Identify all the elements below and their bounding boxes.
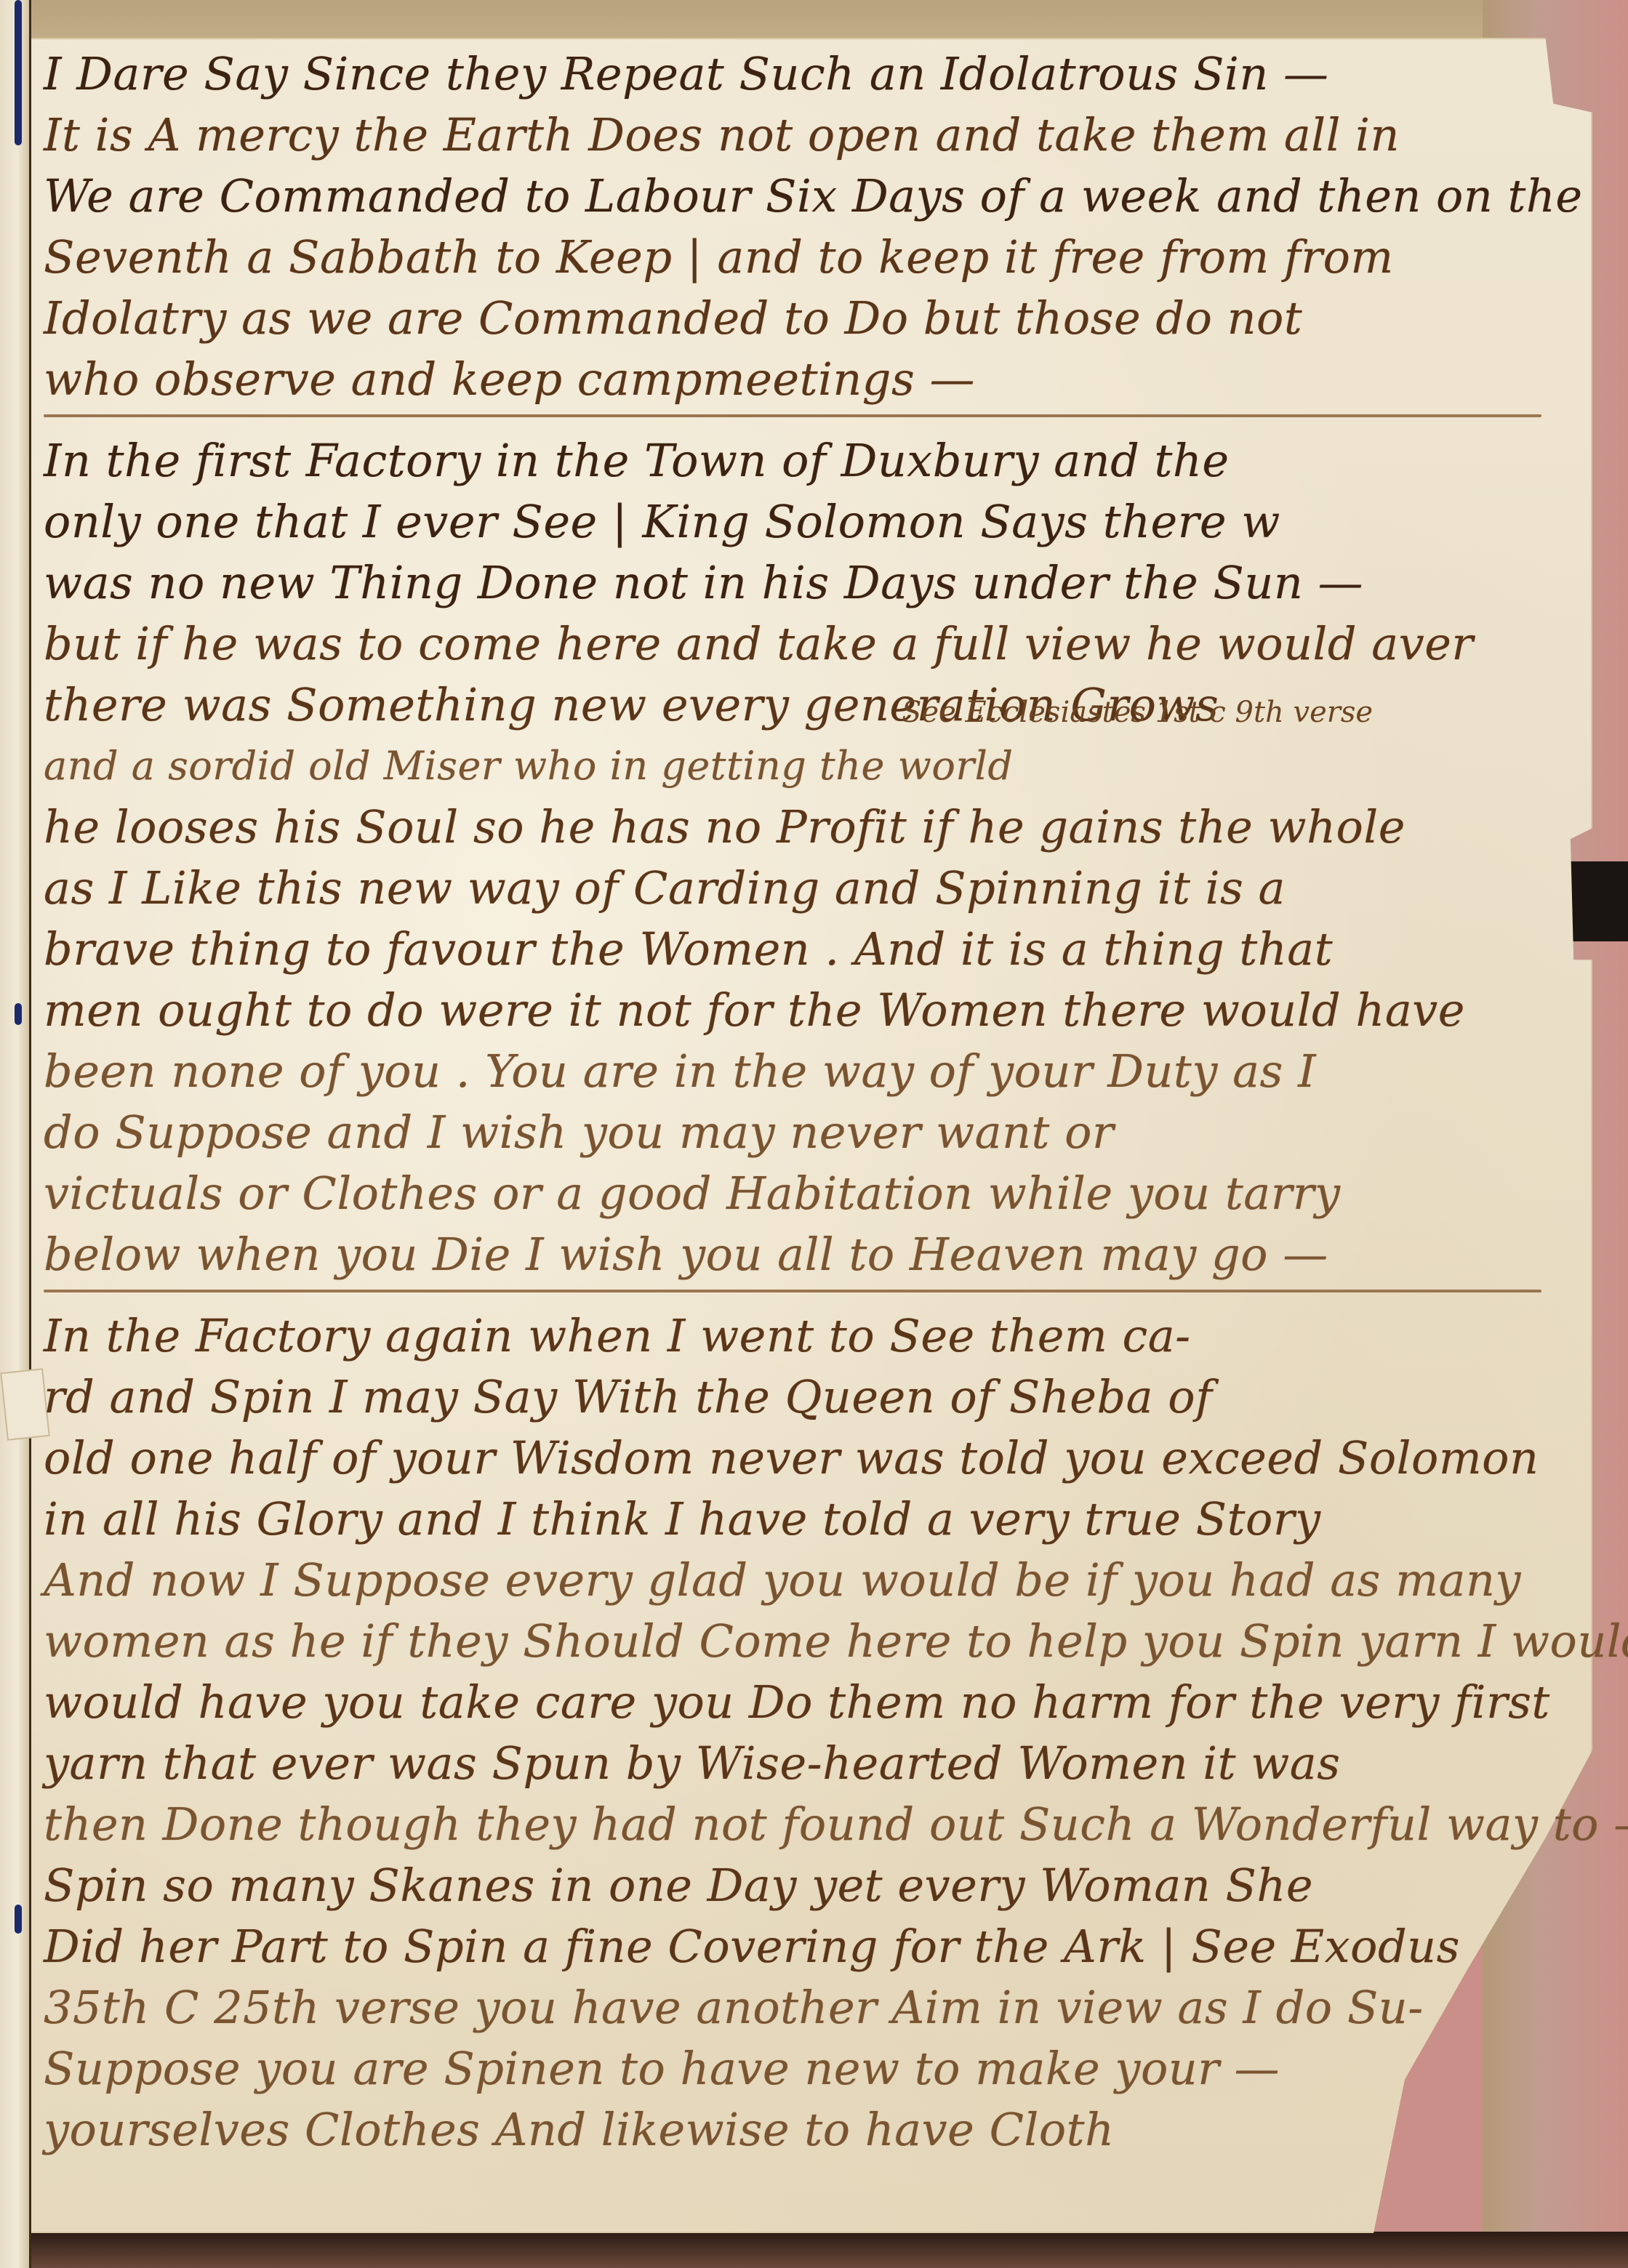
text-line: Suppose you are Spinen to have new to ma… — [44, 2038, 1585, 2099]
text-line: only one that I ever See | King Solomon … — [44, 491, 1585, 552]
text-line: brave thing to favour the Women . And it… — [44, 919, 1585, 980]
text-line: Did her Part to Spin a fine Covering for… — [44, 1916, 1585, 1977]
text-line: It is A mercy the Earth Does not open an… — [44, 105, 1585, 166]
backing-board-bottom — [0, 2232, 1628, 2268]
section-factory-again: In the Factory again when I went to See … — [44, 1306, 1585, 2160]
text-line: rd and Spin I may Say With the Queen of … — [44, 1367, 1585, 1428]
text-line: 35th C 25th verse you have another Aim i… — [44, 1977, 1585, 2038]
text-line: he looses his Soul so he has no Profit i… — [44, 797, 1585, 858]
torn-paper-flap — [0, 1368, 50, 1441]
text-line: as I Like this new way of Carding and Sp… — [44, 858, 1585, 919]
text-line: would have you take care you Do them no … — [44, 1672, 1585, 1733]
text-line: Idolatry as we are Commanded to Do but t… — [44, 288, 1585, 349]
interlinear-reference: See Ecclesiastes 1st c 9th verse — [902, 698, 1373, 727]
text-line: and a sordid old Miser who in getting th… — [44, 736, 1585, 797]
binding-thread — [15, 1905, 22, 1934]
binding-thread — [15, 1003, 22, 1025]
text-line: I Dare Say Since they Repeat Such an Ido… — [44, 44, 1585, 105]
text-line: but if he was to come here and take a fu… — [44, 614, 1585, 675]
text-line: do Suppose and I wish you may never want… — [44, 1102, 1585, 1163]
binding-edge — [0, 0, 31, 2268]
text-line: yourselves Clothes And likewise to have … — [44, 2099, 1585, 2160]
text-line: then Done though they had not found out … — [44, 1794, 1585, 1855]
text-line: men ought to do were it not for the Wome… — [44, 980, 1585, 1041]
section-first-factory: In the first Factory in the Town of Duxb… — [44, 430, 1585, 1285]
text-line: below when you Die I wish you all to Hea… — [44, 1224, 1585, 1285]
text-line: who observe and keep campmeetings — — [44, 349, 1585, 410]
text-line: victuals or Clothes or a good Habitation… — [44, 1163, 1585, 1224]
manuscript-text: I Dare Say Since they Repeat Such an Ido… — [44, 44, 1585, 2160]
binding-thread — [15, 0, 22, 145]
section-divider — [44, 1290, 1541, 1292]
text-line: was no new Thing Done not in his Days un… — [44, 552, 1585, 614]
section-idolatry: I Dare Say Since they Repeat Such an Ido… — [44, 44, 1585, 410]
text-line: yarn that ever was Spun by Wise-hearted … — [44, 1733, 1585, 1794]
text-line: women as he if they Should Come here to … — [44, 1611, 1585, 1672]
text-line: And now I Suppose every glad you would b… — [44, 1550, 1585, 1611]
text-line: been none of you . You are in the way of… — [44, 1041, 1585, 1102]
text-line: In the Factory again when I went to See … — [44, 1306, 1585, 1367]
text-line: Seventh a Sabbath to Keep | and to keep … — [44, 227, 1585, 288]
text-line: in all his Glory and I think I have told… — [44, 1489, 1585, 1550]
text-line: We are Commanded to Labour Six Days of a… — [44, 166, 1585, 227]
text-line: old one half of your Wisdom never was to… — [44, 1428, 1585, 1489]
text-line: In the first Factory in the Town of Duxb… — [44, 430, 1585, 491]
section-divider — [44, 414, 1541, 417]
text-line: Spin so many Skanes in one Day yet every… — [44, 1855, 1585, 1916]
